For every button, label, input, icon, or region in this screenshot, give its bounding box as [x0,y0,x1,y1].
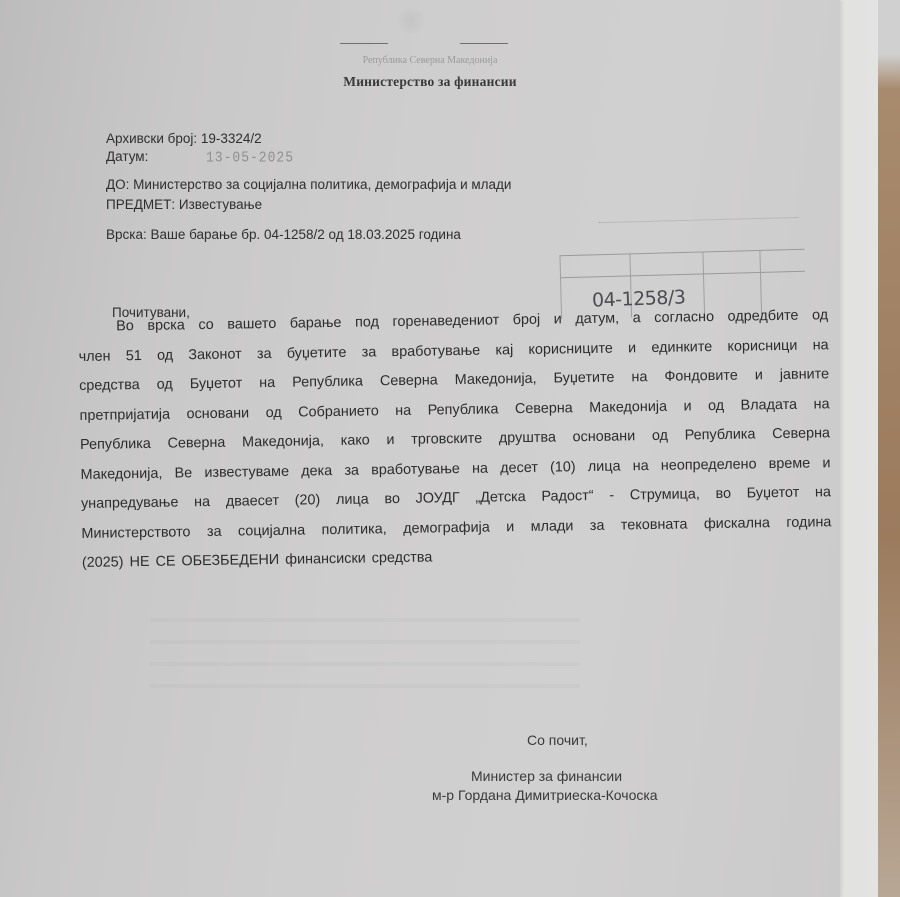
subject-value: Известување [179,197,262,212]
subject-row: ПРЕДМЕТ: Известување [106,197,262,212]
reference-line: Врска: Ваше барање бр. 04-1258/2 од 18.0… [106,227,461,242]
divider-left [340,43,388,44]
date-label: Датум: [106,149,148,164]
to-label: ДО: [106,177,129,192]
archive-number-row: Архивски број: 19-3324/2 [106,131,262,146]
bleed-through-text [150,600,580,690]
signatory-name: м-р Гордана Димитриеска-Кочоска [432,787,658,803]
stamp-row-line [559,249,804,256]
to-value: Министерство за социјална политика, демо… [133,177,511,192]
date-row: Датум: [106,149,148,164]
body-paragraph: Во врска со вашето барање под горенаведе… [78,301,832,578]
date-stamp: 13-05-2025 [206,149,294,166]
stamp-dotted-line [598,211,798,223]
ministry-name: Министерство за финансии [300,74,560,90]
recipient-row: ДО: Министерство за социјална политика, … [106,177,511,192]
signatory-title: Министер за финансии [471,768,622,784]
closing-regards: Со почит, [527,732,588,748]
divider-right [460,43,508,44]
archive-number: 19-3324/2 [201,131,262,146]
subject-label: ПРЕДМЕТ: [106,197,175,212]
document-page: Република Северна Македонија Министерств… [0,0,840,897]
stamp-row-line [560,271,805,278]
archive-label: Архивски број: [106,131,197,146]
republic-name: Република Северна Македонија [330,55,530,66]
coat-of-arms-icon [395,8,427,34]
